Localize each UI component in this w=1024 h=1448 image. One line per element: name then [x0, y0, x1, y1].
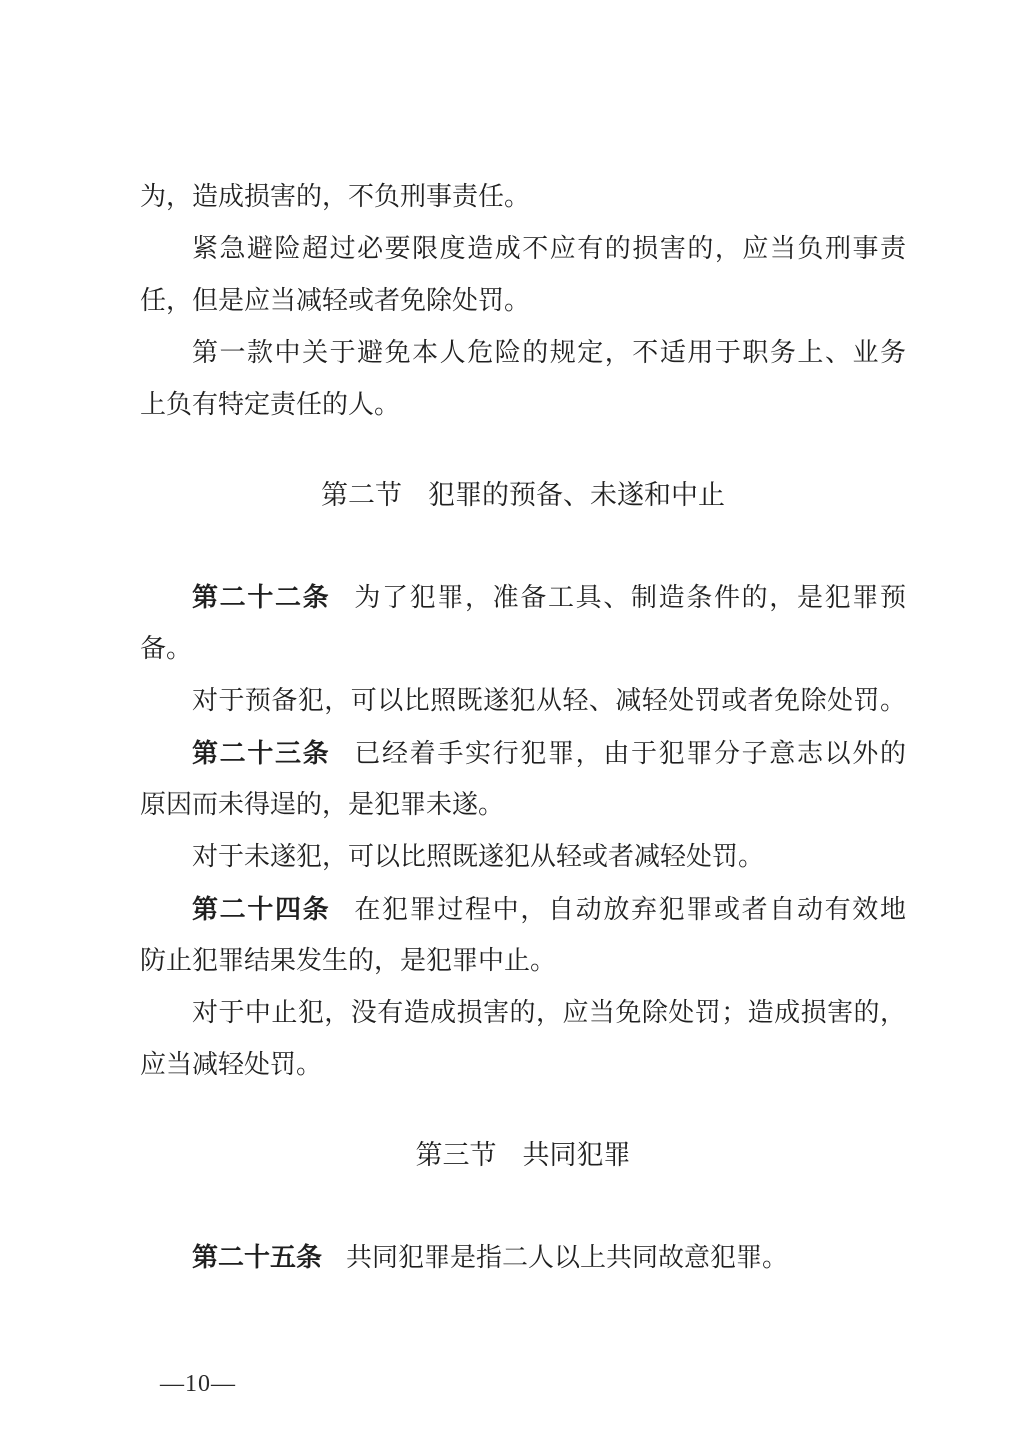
line-text: 防止犯罪结果发生的，是犯罪中止。: [140, 946, 556, 975]
text-line: 第一款中关于避免本人危险的规定，不适用于职务上、业务: [140, 327, 906, 379]
section-heading: 第二节犯罪的预备、未遂和中止: [140, 469, 906, 521]
article-line: 第二十三条已经着手实行犯罪，由于犯罪分子意志以外的: [140, 727, 906, 779]
text-line: 对于中止犯，没有造成损害的，应当免除处罚；造成损害的，: [140, 987, 906, 1039]
section-number: 第二节: [321, 480, 402, 510]
text-line: 应当减轻处罚。: [140, 1039, 906, 1091]
page-number: —10—: [160, 1368, 236, 1400]
article-line: 第二十五条共同犯罪是指二人以上共同故意犯罪。: [140, 1231, 906, 1283]
document-page: 为，造成损害的，不负刑事责任。 紧急避险超过必要限度造成不应有的损害的，应当负刑…: [0, 0, 1024, 1448]
section-title: 共同犯罪: [523, 1140, 631, 1170]
line-text: 对于未遂犯，可以比照既遂犯从轻或者减轻处罚。: [192, 842, 764, 871]
text-line: 为，造成损害的，不负刑事责任。: [140, 171, 906, 223]
text-line: 对于未遂犯，可以比照既遂犯从轻或者减轻处罚。: [140, 831, 906, 883]
line-text: 原因而未得逞的，是犯罪未遂。: [140, 790, 504, 819]
line-text: 在犯罪过程中，自动放弃犯罪或者自动有效地: [354, 895, 906, 924]
article-number: 第二十四条: [192, 894, 330, 924]
article-number: 第二十五条: [192, 1242, 322, 1272]
text-line: 对于预备犯，可以比照既遂犯从轻、减轻处罚或者免除处罚。: [140, 675, 906, 727]
text-line: 防止犯罪结果发生的，是犯罪中止。: [140, 935, 906, 987]
article-line: 第二十二条为了犯罪，准备工具、制造条件的，是犯罪预: [140, 571, 906, 623]
text-line: 原因而未得逞的，是犯罪未遂。: [140, 779, 906, 831]
line-text: 第一款中关于避免本人危险的规定，不适用于职务上、业务: [192, 338, 906, 367]
section-title: 犯罪的预备、未遂和中止: [428, 480, 725, 510]
section-heading: 第三节共同犯罪: [140, 1129, 906, 1181]
line-text: 应当减轻处罚。: [140, 1050, 322, 1079]
text-line: 任，但是应当减轻或者免除处罚。: [140, 275, 906, 327]
line-text: 上负有特定责任的人。: [140, 390, 400, 419]
line-text: 对于中止犯，没有造成损害的，应当免除处罚；造成损害的，: [192, 998, 906, 1027]
page-content: 为，造成损害的，不负刑事责任。 紧急避险超过必要限度造成不应有的损害的，应当负刑…: [140, 171, 906, 1283]
line-text: 为了犯罪，准备工具、制造条件的，是犯罪预: [354, 583, 906, 612]
line-text: 为，造成损害的，不负刑事责任。: [140, 182, 530, 211]
line-text: 共同犯罪是指二人以上共同故意犯罪。: [346, 1243, 788, 1272]
line-text: 已经着手实行犯罪，由于犯罪分子意志以外的: [354, 739, 906, 768]
line-text: 备。: [140, 634, 192, 663]
article-line: 第二十四条在犯罪过程中，自动放弃犯罪或者自动有效地: [140, 883, 906, 935]
line-text: 任，但是应当减轻或者免除处罚。: [140, 286, 530, 315]
article-number: 第二十三条: [192, 738, 330, 768]
section-number: 第三节: [416, 1140, 497, 1170]
text-line: 紧急避险超过必要限度造成不应有的损害的，应当负刑事责: [140, 223, 906, 275]
line-text: 对于预备犯，可以比照既遂犯从轻、减轻处罚或者免除处罚。: [192, 686, 906, 715]
text-line: 上负有特定责任的人。: [140, 379, 906, 431]
article-number: 第二十二条: [192, 582, 330, 612]
text-line: 备。: [140, 623, 906, 675]
line-text: 紧急避险超过必要限度造成不应有的损害的，应当负刑事责: [192, 234, 906, 263]
